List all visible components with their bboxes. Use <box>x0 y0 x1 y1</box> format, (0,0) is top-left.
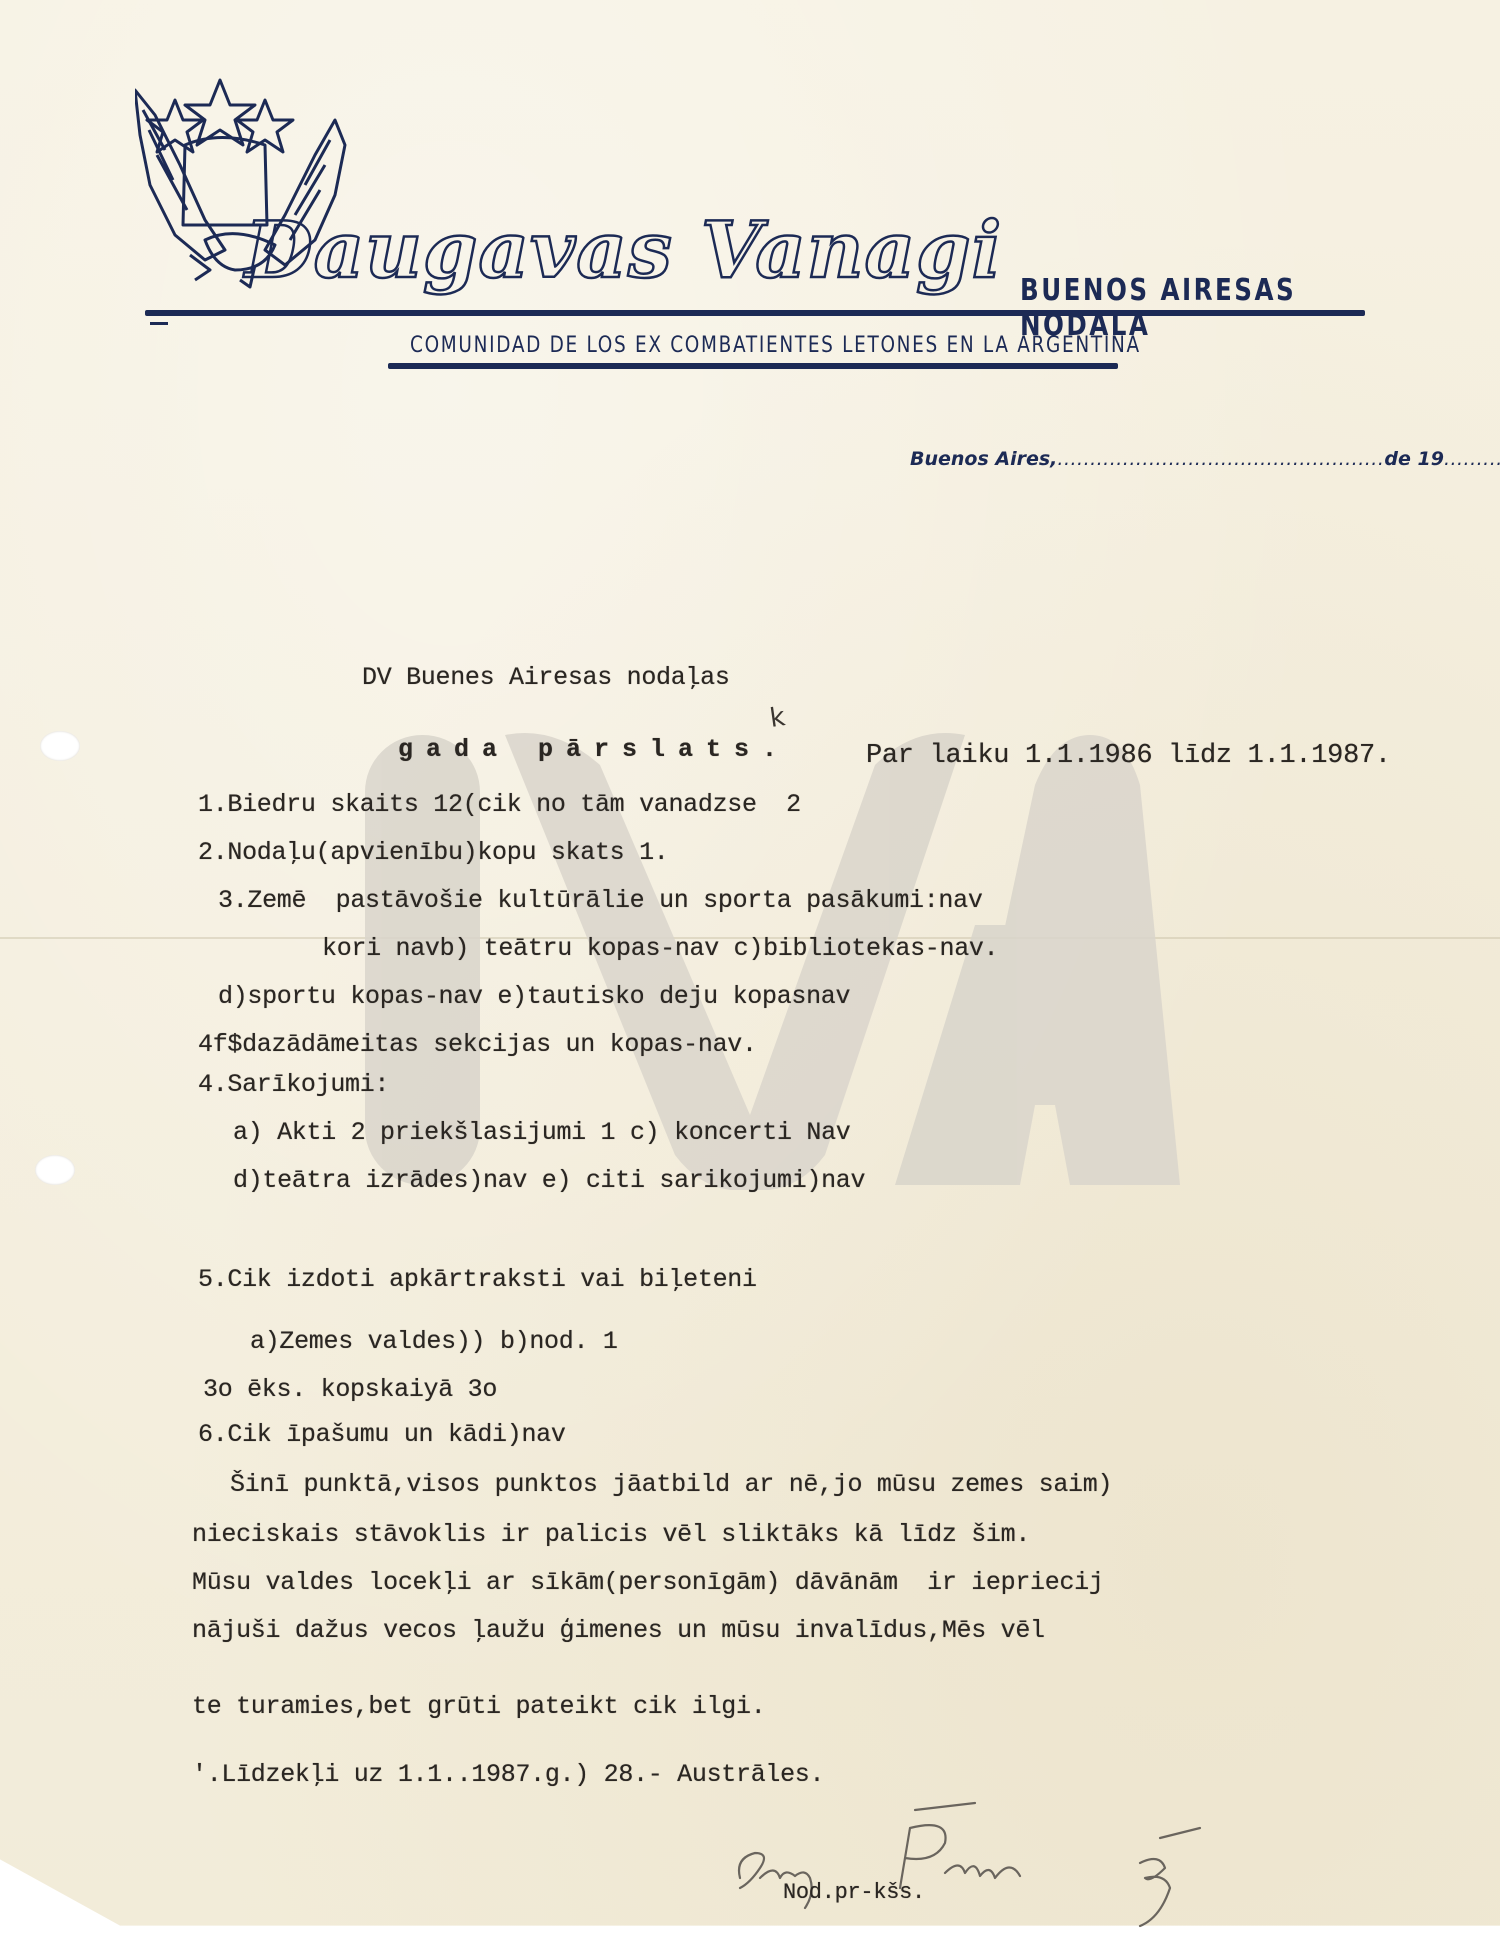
report-line: '.Līdzekļi uz 1.1..1987.g.) 28.- Austrāl… <box>192 1760 824 1789</box>
report-line: kori navb) teātru kopas-nav c)biblioteka… <box>322 934 998 963</box>
report-line: 2.Nodaļu(apvienību)kopu skats 1. <box>198 838 668 867</box>
date-mid: de 19 <box>1384 448 1444 470</box>
signatory-title: Nod.pr-kšs. <box>783 1880 925 1905</box>
letterhead-rule-top <box>145 310 1365 316</box>
date-prefix: Buenos Aires, <box>910 448 1057 470</box>
date-blank-dots: ........................................… <box>1057 448 1384 470</box>
report-line: 3o ēks. kopskaiyā 3o <box>203 1375 497 1404</box>
punch-hole-bottom <box>35 1155 75 1185</box>
report-line: Mūsu valdes locekļi ar sīkām(personīgām)… <box>192 1568 1104 1597</box>
organization-name: Daugavas Vanagi <box>245 205 1002 296</box>
report-line: d)sportu kopas-nav e)tautisko deju kopas… <box>218 982 850 1011</box>
report-line: nājuši dažus vecos ļaužu ģimenes un mūsu… <box>192 1616 1045 1645</box>
report-line: 1.Biedru skaits 12(cik no tām vanadzse 2 <box>198 790 801 819</box>
report-line: a)Zemes valdes)) b)nod. 1 <box>250 1327 618 1356</box>
year-blank-dots: ........... <box>1444 448 1500 470</box>
handwritten-signature: Šraiz Pauls <box>720 1798 1240 1928</box>
report-line: 4.Sarīkojumi: <box>198 1070 389 1099</box>
report-heading: DV Buenes Airesas nodaļas <box>362 663 730 692</box>
report-line: 5.Cik izdoti apkārtraksti vai biļeteni <box>198 1265 757 1294</box>
report-line: Šinī punktā,visos punktos jāatbild ar nē… <box>230 1470 1112 1499</box>
report-line: 3.Zemē pastāvošie kultūrālie un sporta p… <box>218 886 983 915</box>
report-line: 4f$dazādāmeitas sekcijas un kopas-nav. <box>198 1030 757 1059</box>
dateline: Buenos Aires,...........................… <box>910 448 1500 470</box>
report-line: te turamies,bet grūti pateikt cik ilgi. <box>192 1692 765 1721</box>
letterhead-tagline: COMUNIDAD DE LOS EX COMBATIENTES LETONES… <box>410 333 1141 358</box>
report-line: nieciskais stāvoklis ir palicis vēl slik… <box>192 1520 1030 1549</box>
report-line: d)teātra izrādes)nav e) citi sarikojumi)… <box>233 1166 865 1195</box>
report-line: a) Akti 2 priekšlasijumi 1 c) koncerti N… <box>233 1118 851 1147</box>
punch-hole-top <box>40 731 80 761</box>
report-line: 6.Cik īpašumu un kādi)nav <box>198 1420 566 1449</box>
report-period: Par laiku 1.1.1986 līdz 1.1.1987. <box>866 741 1391 771</box>
report-title: gada pārslats. <box>398 735 790 764</box>
letterhead-rule-tick <box>150 322 168 325</box>
letterhead-rule-bottom <box>388 363 1118 369</box>
